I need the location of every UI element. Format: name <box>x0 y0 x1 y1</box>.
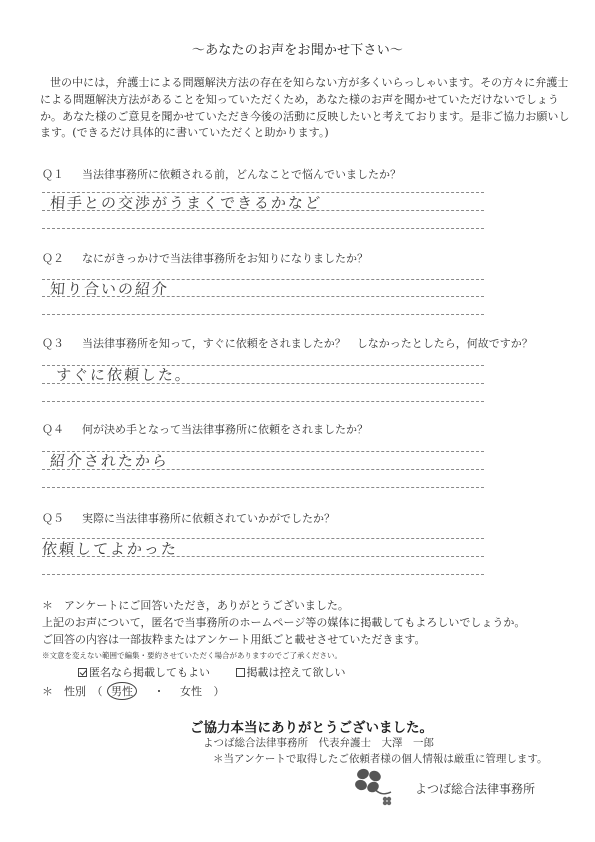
publish-options: 匿名なら掲載してもよい 掲載は控えて欲しい <box>78 664 368 680</box>
thanks-line: ＊ アンケートにご回答いただき，ありがとうございました。 <box>42 597 349 613</box>
four-leaf-clover-icon <box>353 768 413 808</box>
intro-line: による問題解決方法があることを知っていただくため，あなた様のお声を聞かせていただ… <box>40 92 550 109</box>
answer-line <box>42 487 484 488</box>
answer-line <box>42 556 484 557</box>
question-text: なにがきっかけで当法律事務所をお知りになりましたか？ <box>82 250 368 266</box>
gender-separator: ・ <box>154 683 165 699</box>
answer-line <box>42 210 484 211</box>
question-label: Ｑ２ <box>42 250 64 266</box>
question-text: 当法律事務所を知って，すぐに依頼をされましたか？ しなかったとしたら，何故ですか… <box>82 335 533 351</box>
option-label: 匿名なら掲載してもよい <box>89 664 210 680</box>
gender-field: ＊ 性別 （ 男性 ・ 女性 ） <box>42 682 225 700</box>
intro-line: か。あなた様のご意見を聞かせていただき今後の活動に反映したいと考えております。是… <box>40 109 550 126</box>
question-label: Ｑ４ <box>42 421 64 437</box>
question-text: 実際に当法律事務所に依頼されていかがでしたか？ <box>82 510 335 526</box>
publish-option-decline[interactable]: 掲載は控えて欲しい <box>236 664 346 680</box>
publish-detail: ご回答の内容は一部抜粋またはアンケート用紙ごと載せさせていただきます。 <box>42 631 425 647</box>
answer-line <box>42 228 484 229</box>
page-title: ～あなたのお声をお聞かせ下さい～ <box>0 39 595 58</box>
closing-heading: ご協力本当にありがとうございました。 <box>190 716 433 736</box>
answer-line <box>42 469 484 470</box>
answer-line <box>42 401 484 402</box>
checkbox-checked-icon[interactable] <box>78 668 87 677</box>
privacy-note: ＊当アンケートで取得したご依頼者様の個人情報は厳重に管理します。 <box>213 751 548 766</box>
answer-text[interactable]: 紹介されたから <box>49 450 169 471</box>
gender-prefix: ＊ 性別 （ <box>42 683 103 699</box>
answer-text[interactable]: すぐに依頼した。 <box>55 364 192 385</box>
checkbox-empty-icon[interactable] <box>236 668 245 677</box>
gender-option-female[interactable]: 女性 <box>180 683 202 699</box>
firm-logo-text: よつば総合法律事務所 <box>415 780 535 797</box>
gender-suffix: ） <box>214 683 225 699</box>
question-text: 何が決め手となって当法律事務所に依頼をされましたか？ <box>82 421 368 437</box>
intro-line: ます。(できるだけ具体的に書いていただくと助かります。) <box>40 125 550 142</box>
answer-line <box>42 574 484 575</box>
question-text: 当法律事務所に依頼される前，どんなことで悩んでいましたか？ <box>82 166 401 182</box>
firm-representative: よつば総合法律事務所 代表弁護士 大澤 一郎 <box>203 735 434 750</box>
intro-paragraph: 世の中には，弁護士による問題解決方法の存在を知らない方が多くいらっしゃいます。そ… <box>40 75 550 142</box>
question-label: Ｑ１ <box>42 166 64 182</box>
intro-line: 世の中には，弁護士による問題解決方法の存在を知らない方が多くいらっしゃいます。そ… <box>40 75 550 92</box>
gender-option-male[interactable]: 男性 <box>107 682 137 700</box>
question-label: Ｑ５ <box>42 510 64 526</box>
answer-line <box>42 383 484 384</box>
publish-option-anonymous[interactable]: 匿名なら掲載してもよい <box>78 664 210 680</box>
option-label: 掲載は控えて欲しい <box>247 664 346 680</box>
question-label: Ｑ３ <box>42 335 64 351</box>
publish-question: 上記のお声について，匿名で当事務所のホームページ等の媒体に掲載してもよろしいでし… <box>42 614 525 630</box>
answer-line <box>42 296 484 297</box>
answer-line <box>42 314 484 315</box>
edit-note: ※文意を変えない範囲で編集・要約させていただく場合がありますのでご了承ください。 <box>42 650 342 661</box>
